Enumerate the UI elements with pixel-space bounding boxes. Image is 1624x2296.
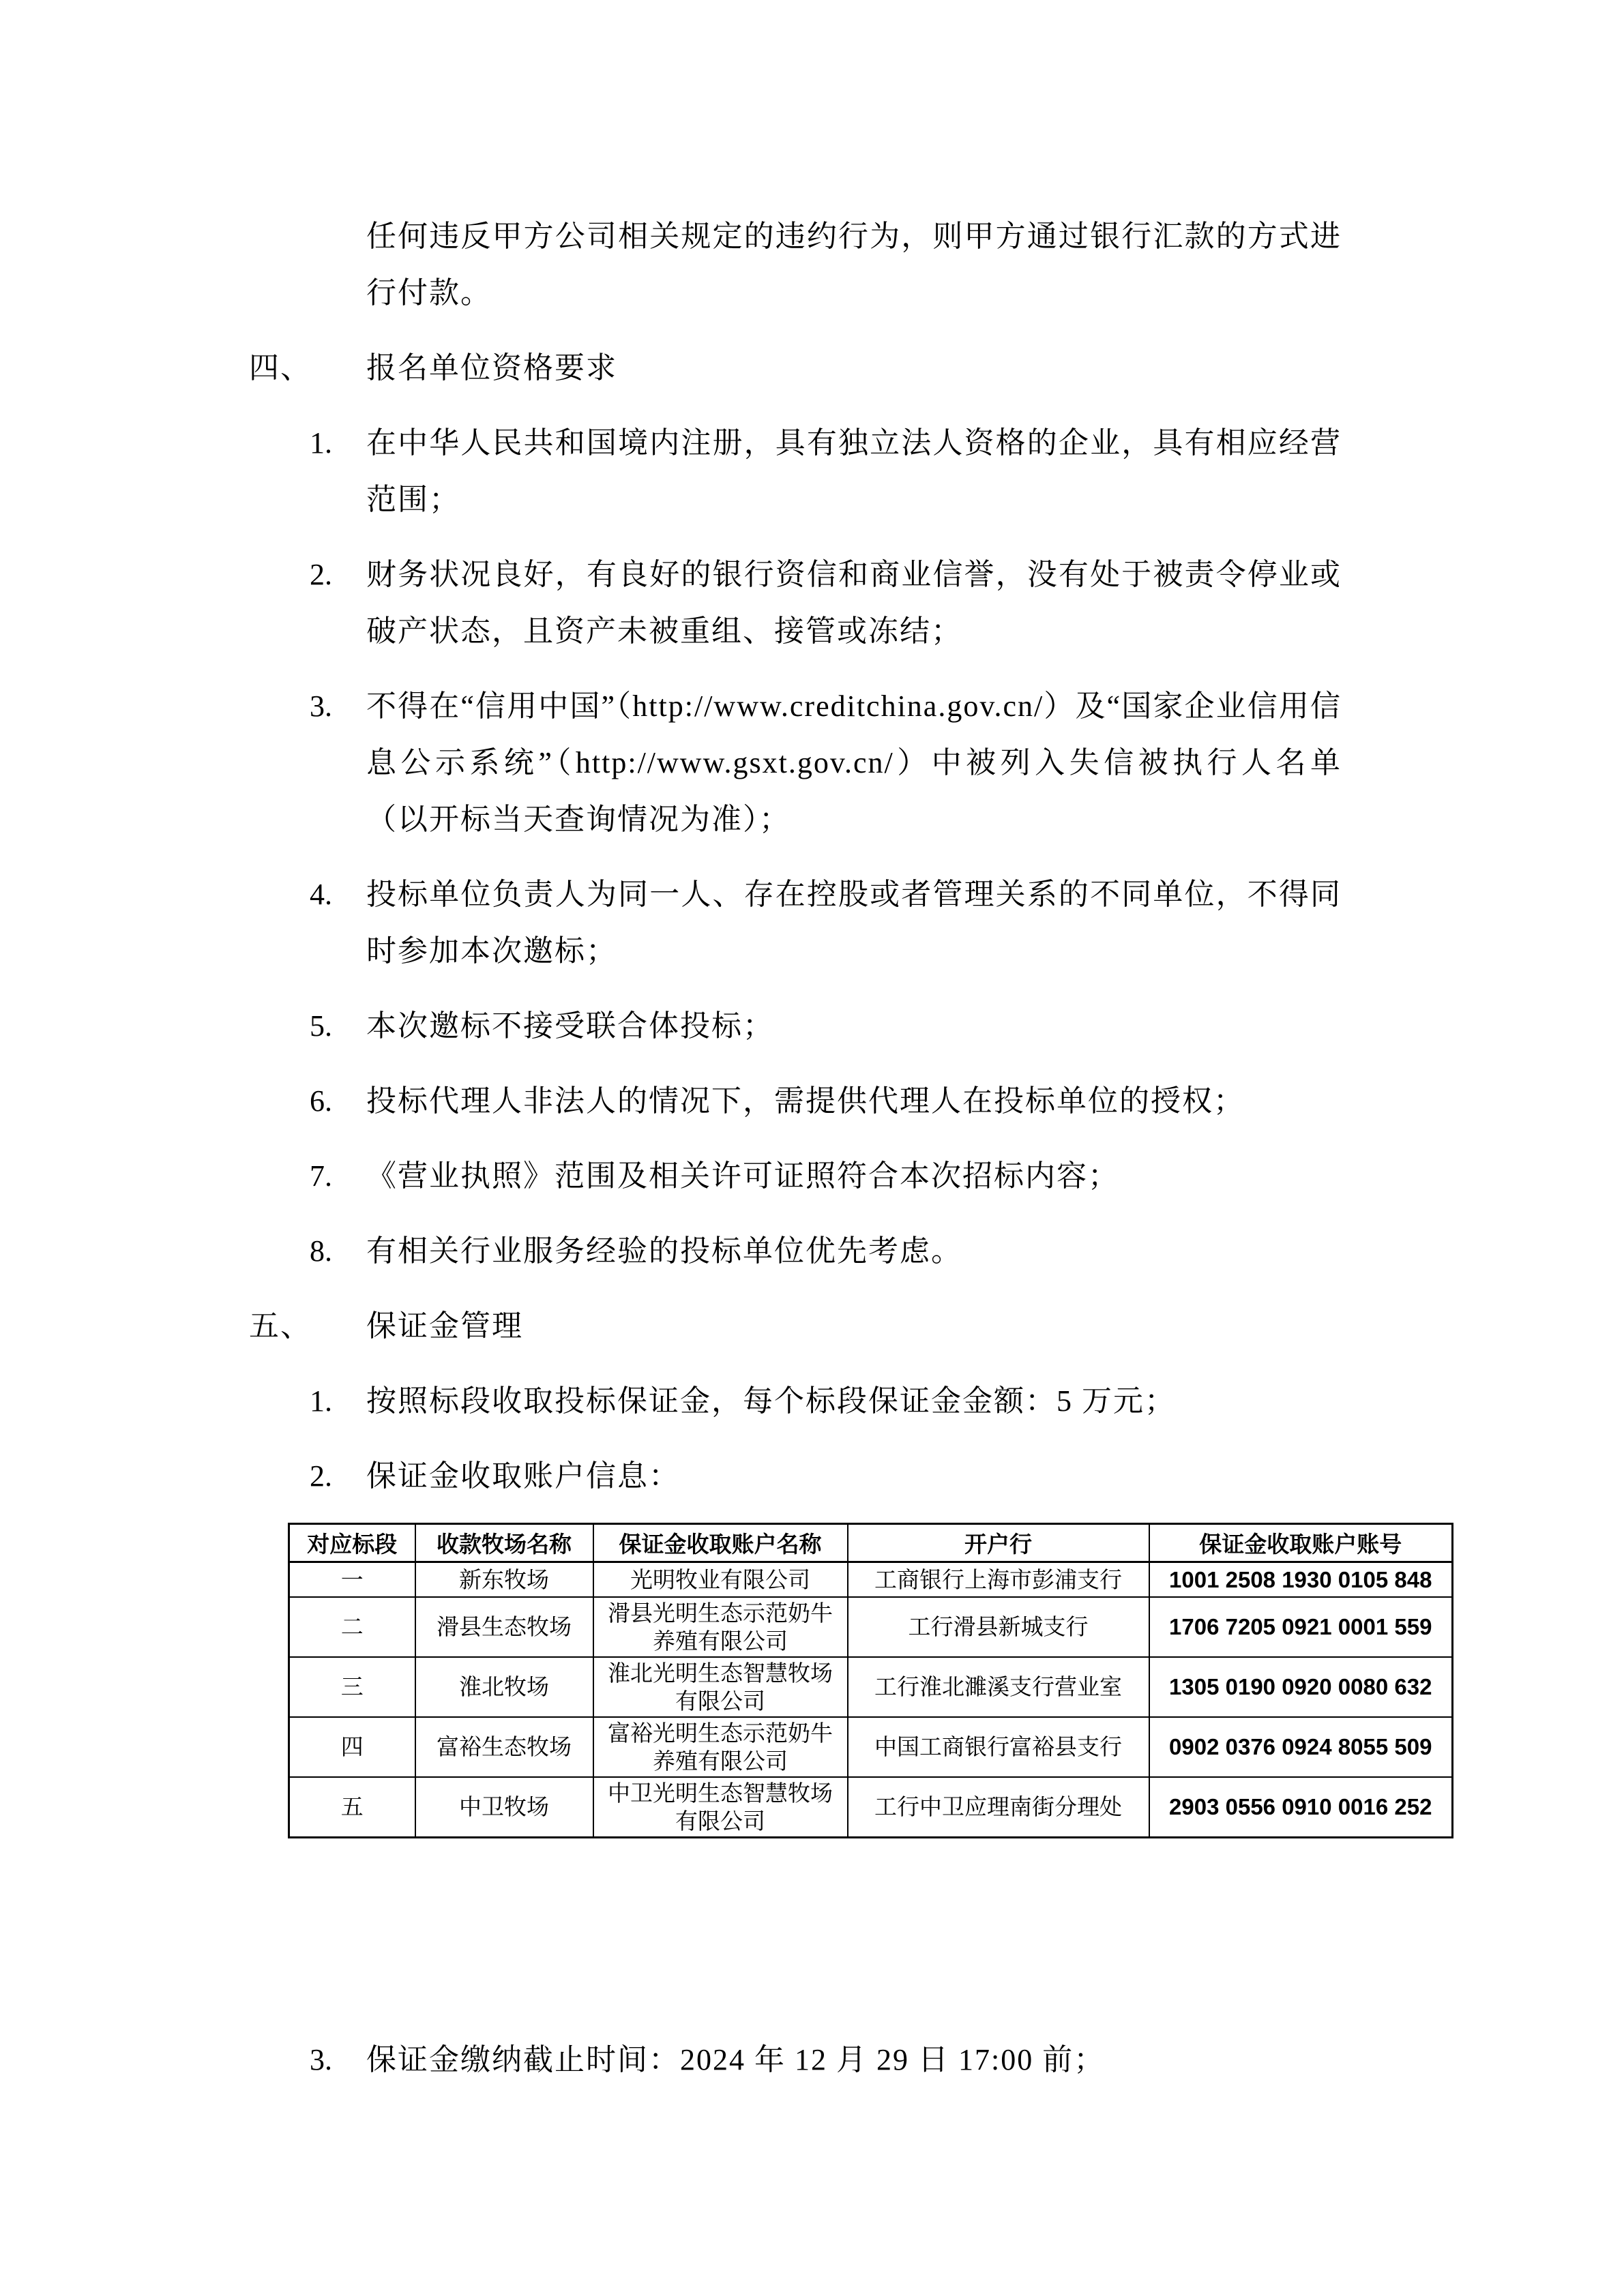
list-item-number: 8. — [310, 1223, 332, 1279]
list-item-number: 6. — [310, 1073, 332, 1129]
cell-account-name: 光明牧业有限公司 — [593, 1562, 848, 1597]
header-account-name: 保证金收取账户名称 — [593, 1524, 848, 1562]
list-item-text: 保证金缴纳截止时间：2024 年 12 月 29 日 17:00 前； — [366, 2031, 1342, 2088]
list-item-4-2: 2. 财务状况良好，有良好的银行资信和商业信誉，没有处于被责令停业或破产状态，且… — [0, 546, 1624, 659]
list-item-text: 投标单位负责人为同一人、存在控股或者管理关系的不同单位，不得同时参加本次邀标； — [366, 866, 1342, 979]
cell-stage: 四 — [289, 1717, 415, 1777]
cell-account-name: 富裕光明生态示范奶牛养殖有限公司 — [593, 1717, 848, 1777]
header-account-number: 保证金收取账户账号 — [1149, 1524, 1453, 1562]
list-item-5-2: 2. 保证金收取账户信息： — [0, 1448, 1624, 1504]
cell-account-name: 淮北光明生态智慧牧场有限公司 — [593, 1657, 848, 1717]
section-5-marker: 五、 — [249, 1298, 312, 1354]
cell-bank: 中国工商银行富裕县支行 — [848, 1717, 1149, 1777]
header-farm-name: 收款牧场名称 — [415, 1524, 593, 1562]
list-item-4-4: 4. 投标单位负责人为同一人、存在控股或者管理关系的不同单位，不得同时参加本次邀… — [0, 866, 1624, 979]
cell-account-number: 1305 0190 0920 0080 632 — [1149, 1657, 1453, 1717]
list-item-number: 2. — [310, 1448, 332, 1504]
cell-account-number: 0902 0376 0924 8055 509 — [1149, 1717, 1453, 1777]
section-4-marker: 四、 — [249, 340, 312, 396]
deposit-account-table: 对应标段 收款牧场名称 保证金收取账户名称 开户行 保证金收取账户账号 一 新东… — [288, 1523, 1453, 1838]
section-4-title: 报名单位资格要求 — [366, 351, 617, 385]
list-item-4-8: 8. 有相关行业服务经验的投标单位优先考虑。 — [0, 1223, 1624, 1279]
section-5-title: 保证金管理 — [366, 1309, 523, 1343]
table-row: 一 新东牧场 光明牧业有限公司 工商银行上海市彭浦支行 1001 2508 19… — [289, 1562, 1453, 1597]
cell-farm-name: 滑县生态牧场 — [415, 1597, 593, 1657]
document-page: 任何违反甲方公司相关规定的违约行为，则甲方通过银行汇款的方式进行付款。 四、 报… — [0, 0, 1624, 2296]
list-item-number: 1. — [310, 1373, 332, 1429]
cell-bank: 工行滑县新城支行 — [848, 1597, 1149, 1657]
list-item-5-1: 1. 按照标段收取投标保证金，每个标段保证金金额：5 万元； — [0, 1373, 1624, 1429]
cell-account-number: 1706 7205 0921 0001 559 — [1149, 1597, 1453, 1657]
list-item-text: 投标代理人非法人的情况下，需提供代理人在投标单位的授权； — [366, 1073, 1342, 1129]
cell-stage: 五 — [289, 1777, 415, 1838]
list-item-number: 1. — [310, 415, 332, 471]
list-item-text: 有相关行业服务经验的投标单位优先考虑。 — [366, 1223, 1342, 1279]
table-header-row: 对应标段 收款牧场名称 保证金收取账户名称 开户行 保证金收取账户账号 — [289, 1524, 1453, 1562]
list-item-number: 7. — [310, 1148, 332, 1204]
cell-stage: 二 — [289, 1597, 415, 1657]
table-row: 二 滑县生态牧场 滑县光明生态示范奶牛养殖有限公司 工行滑县新城支行 1706 … — [289, 1597, 1453, 1657]
list-item-4-6: 6. 投标代理人非法人的情况下，需提供代理人在投标单位的授权； — [0, 1073, 1624, 1129]
header-stage: 对应标段 — [289, 1524, 415, 1562]
table-row: 三 淮北牧场 淮北光明生态智慧牧场有限公司 工行淮北濉溪支行营业室 1305 0… — [289, 1657, 1453, 1717]
cell-farm-name: 富裕生态牧场 — [415, 1717, 593, 1777]
table-row: 五 中卫牧场 中卫光明生态智慧牧场有限公司 工行中卫应理南街分理处 2903 0… — [289, 1777, 1453, 1838]
section-5-heading: 五、 保证金管理 — [0, 1298, 1624, 1354]
list-item-4-1: 1. 在中华人民共和国境内注册，具有独立法人资格的企业，具有相应经营范围； — [0, 415, 1624, 528]
cell-bank: 工商银行上海市彭浦支行 — [848, 1562, 1149, 1597]
list-item-4-3: 3. 不得在“信用中国”（http://www.creditchina.gov.… — [0, 678, 1624, 848]
table-row: 四 富裕生态牧场 富裕光明生态示范奶牛养殖有限公司 中国工商银行富裕县支行 09… — [289, 1717, 1453, 1777]
list-item-number: 3. — [310, 2031, 332, 2088]
list-item-text: 在中华人民共和国境内注册，具有独立法人资格的企业，具有相应经营范围； — [366, 415, 1342, 528]
list-item-text: 按照标段收取投标保证金，每个标段保证金金额：5 万元； — [366, 1373, 1342, 1429]
cell-stage: 三 — [289, 1657, 415, 1717]
list-item-text: 保证金收取账户信息： — [366, 1448, 1342, 1504]
cell-farm-name: 新东牧场 — [415, 1562, 593, 1597]
list-item-text: 不得在“信用中国”（http://www.creditchina.gov.cn/… — [366, 678, 1342, 848]
header-bank: 开户行 — [848, 1524, 1149, 1562]
intro-paragraph: 任何违反甲方公司相关规定的违约行为，则甲方通过银行汇款的方式进行付款。 — [366, 208, 1342, 321]
cell-stage: 一 — [289, 1562, 415, 1597]
cell-account-number: 2903 0556 0910 0016 252 — [1149, 1777, 1453, 1838]
cell-account-number: 1001 2508 1930 0105 848 — [1149, 1562, 1453, 1597]
list-item-4-5: 5. 本次邀标不接受联合体投标； — [0, 998, 1624, 1054]
cell-farm-name: 中卫牧场 — [415, 1777, 593, 1838]
cell-bank: 工行中卫应理南街分理处 — [848, 1777, 1149, 1838]
section-4-heading: 四、 报名单位资格要求 — [0, 340, 1624, 396]
list-item-number: 2. — [310, 546, 332, 603]
list-item-number: 4. — [310, 866, 332, 923]
list-item-number: 5. — [310, 998, 332, 1054]
list-item-text: 《营业执照》范围及相关许可证照符合本次招标内容； — [366, 1148, 1342, 1204]
cell-bank: 工行淮北濉溪支行营业室 — [848, 1657, 1149, 1717]
cell-account-name: 中卫光明生态智慧牧场有限公司 — [593, 1777, 848, 1838]
cell-farm-name: 淮北牧场 — [415, 1657, 593, 1717]
list-item-text: 本次邀标不接受联合体投标； — [366, 998, 1342, 1054]
list-item-number: 3. — [310, 678, 332, 734]
list-item-text: 财务状况良好，有良好的银行资信和商业信誉，没有处于被责令停业或破产状态，且资产未… — [366, 546, 1342, 659]
cell-account-name: 滑县光明生态示范奶牛养殖有限公司 — [593, 1597, 848, 1657]
list-item-5-3: 3. 保证金缴纳截止时间：2024 年 12 月 29 日 17:00 前； — [0, 2031, 1624, 2088]
list-item-4-7: 7. 《营业执照》范围及相关许可证照符合本次招标内容； — [0, 1148, 1624, 1204]
